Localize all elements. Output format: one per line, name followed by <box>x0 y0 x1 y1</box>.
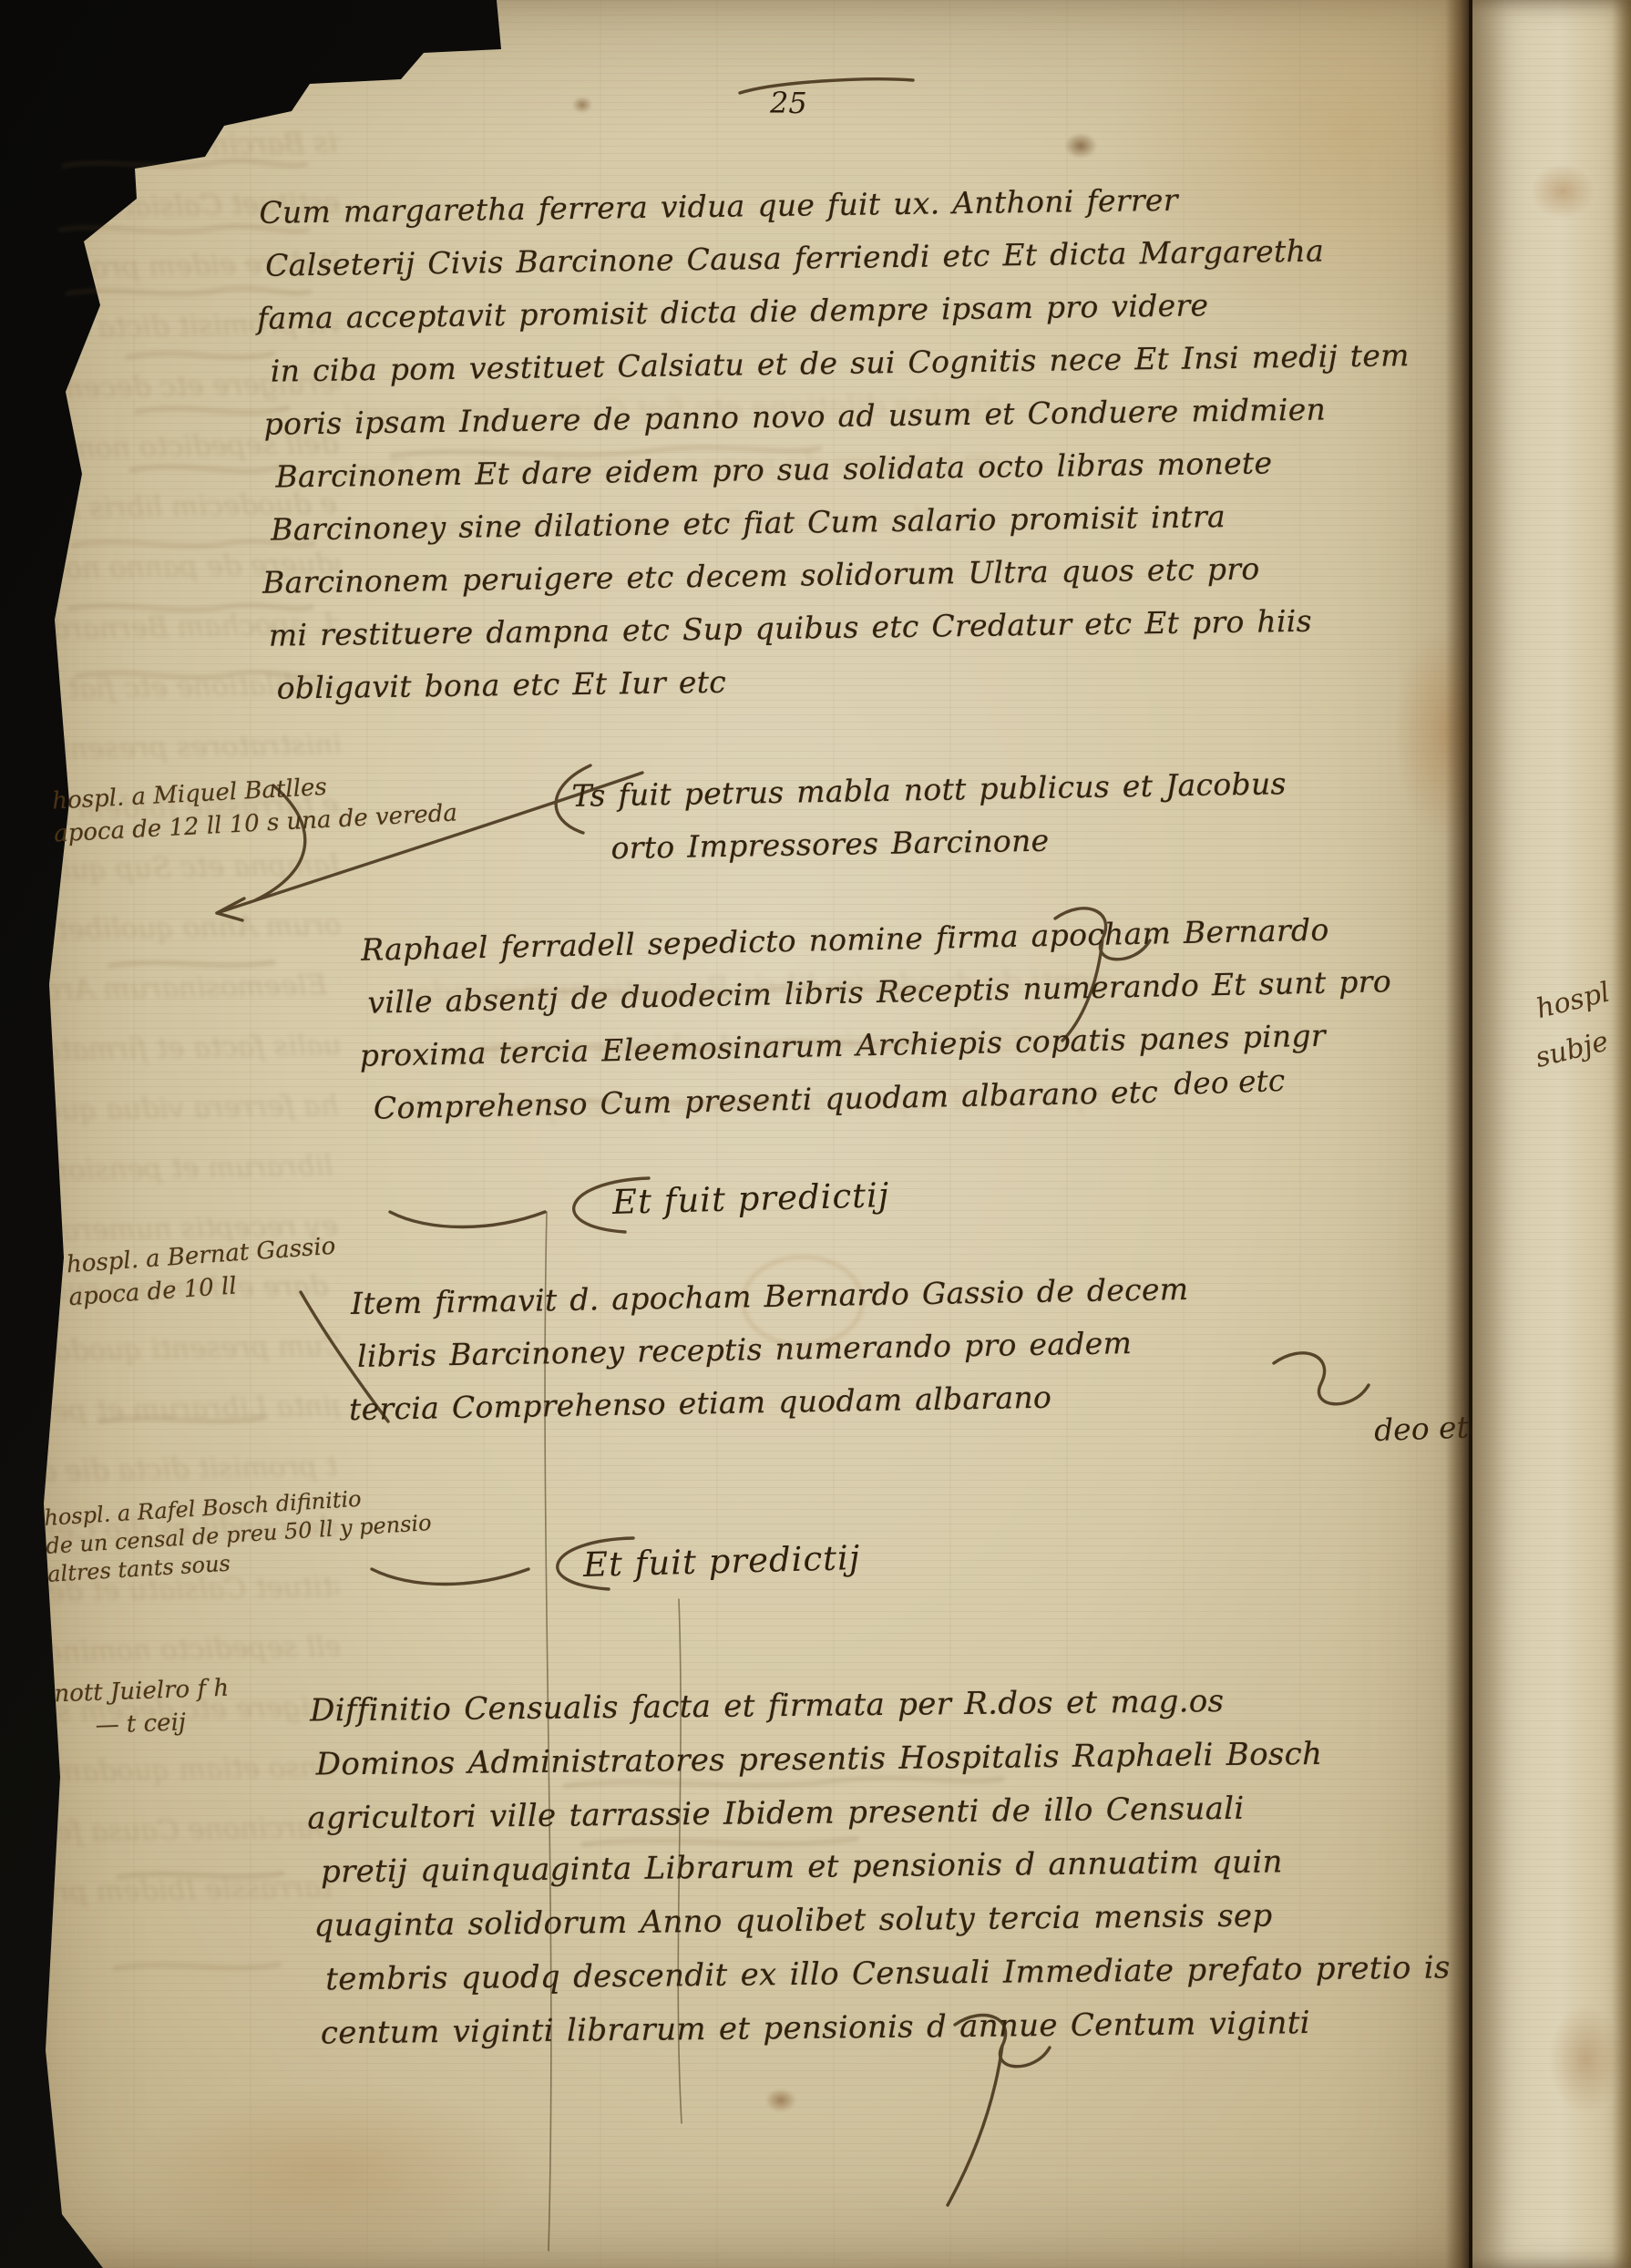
witness-clause: Ts fuit petrus mabla nott publicus et Ja… <box>571 757 1287 876</box>
ghost-line: Calseterij Civis Barcinone Causa ferrien… <box>38 1793 339 1871</box>
ghost-line: Cum margaretha ferrera vidua que fuit ux… <box>38 1072 339 1149</box>
ghost-line: Diffinitio Censualis facta et firmata pe… <box>38 1011 339 1089</box>
stain <box>572 97 592 113</box>
ghost-line: quaginta solidorum Anno quolibet soluty … <box>38 891 339 969</box>
margin-note-line: nott Juielro f h <box>54 1672 230 1711</box>
facing-page-note: hospl subje <box>1532 970 1626 1080</box>
entry-paragraph-2: Raphael ferradell sepedicto nomine firma… <box>361 902 1394 1135</box>
manuscript-photo: Calseterij Civis Barcinone Causa ferrien… <box>0 0 1631 2268</box>
stain <box>131 2081 532 2260</box>
ghost-line: tercia Comprehenso etiam quodam albarano <box>38 1733 339 1811</box>
ghost-line: pretij quinquaginta Librarum et pensioni… <box>38 1372 339 1450</box>
closing-formula: deo etc <box>1173 1062 1286 1102</box>
ghost-line: Comprehenso Cum presenti quodam albarano… <box>38 1312 339 1390</box>
facing-page-edge: hospl subje <box>1472 0 1631 2268</box>
section-heading-1: Et fuit predictij <box>611 1175 889 1222</box>
stain <box>765 2088 796 2112</box>
ghost-line: Calseterij Civis Barcinone Causa ferrien… <box>38 118 339 188</box>
stain <box>1064 133 1097 159</box>
section-heading-2: Et fuit predictij <box>582 1538 860 1585</box>
entry-paragraph-4: Diffinitio Censualis facta et firmata pe… <box>310 1672 1451 2060</box>
folio-number: 25 <box>770 86 807 120</box>
entry-paragraph-3: Item firmavit d. apocham Bernardo Gassio… <box>351 1263 1191 1436</box>
margin-note-4: nott Juielro f h — t ceij <box>54 1672 231 1744</box>
entry-paragraph-1: Cum margaretha ferrera vidua que fuit ux… <box>259 170 1414 715</box>
ghost-line: proxima tercia Eleemosinarum Archiepis c… <box>38 951 339 1029</box>
margin-note-line: — t ceij <box>95 1705 231 1742</box>
ghost-line: centum viginti librarum et pensionis d a… <box>38 1132 339 1209</box>
ghost-line: agricultori ville tarrassie Ibidem prese… <box>38 1853 339 1931</box>
